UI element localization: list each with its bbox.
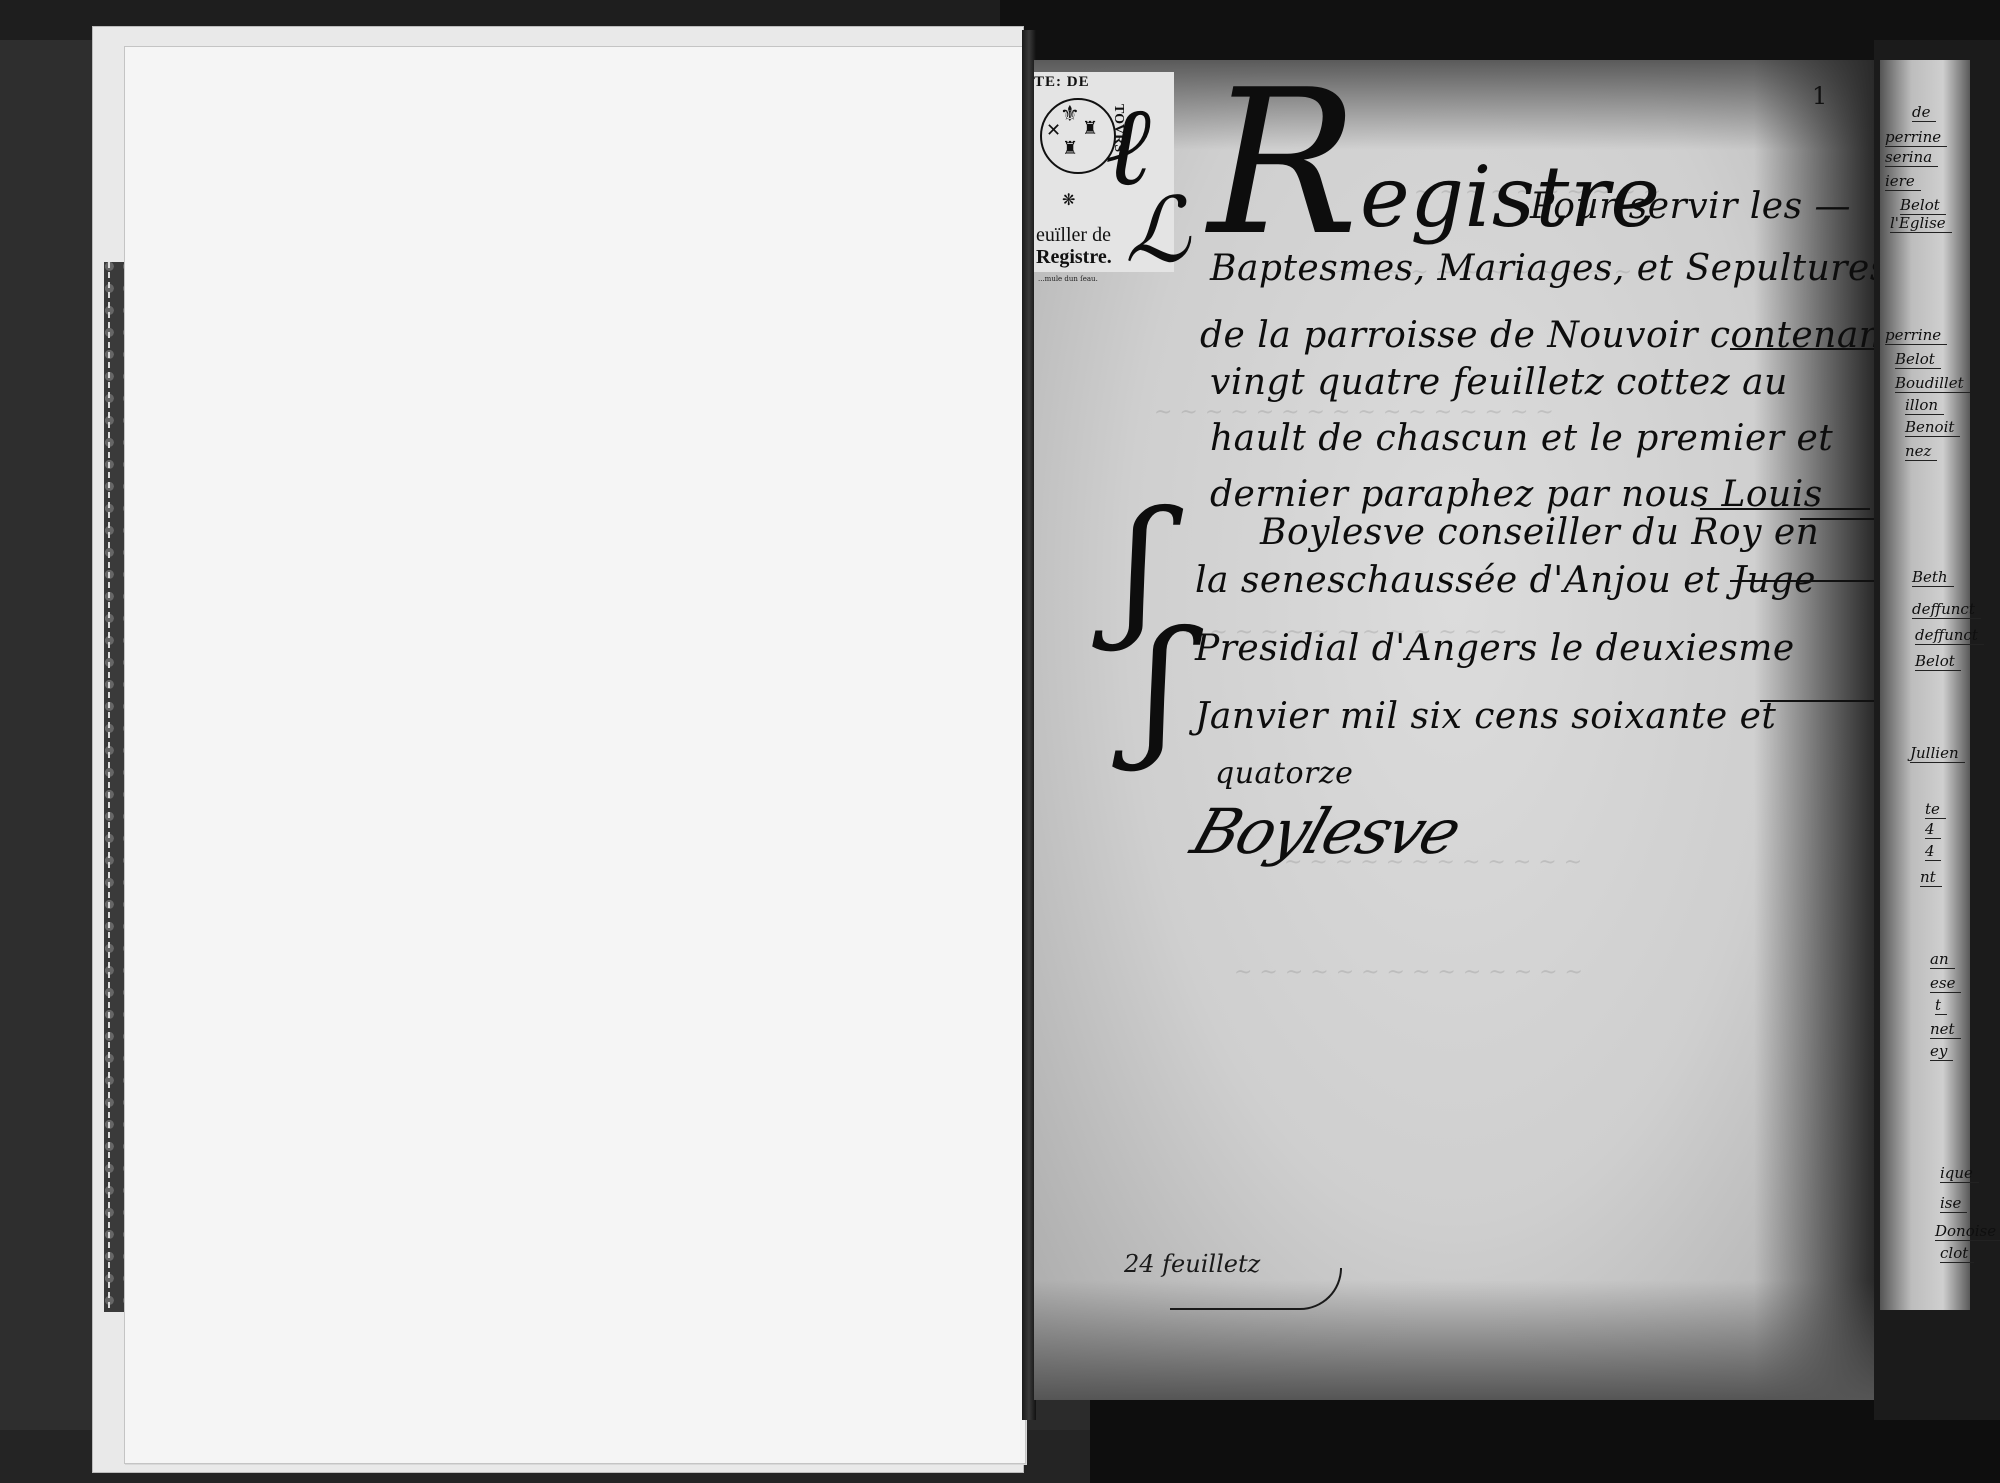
margin-note: Boudillet [1895,374,1970,393]
margin-note: l'Eglise [1890,214,1952,233]
margin-note: serina [1885,148,1938,167]
stamp-label: euïller de [1036,224,1111,247]
page-bottom-shadow [1034,1280,1874,1400]
next-page-margin [1880,60,1970,1310]
register-text-line: la seneschaussée d'Anjou et Juge [1195,560,1816,601]
line-filler-rule [1800,518,1880,520]
margin-note: de [1912,103,1936,122]
margin-note: Beth [1912,568,1954,587]
margin-note: nt [1920,868,1942,887]
binding-stitch [108,262,110,1312]
margin-note: an [1930,950,1955,969]
register-text-line: Janvier mil six cens soixante et [1195,696,1776,737]
tower-icon: ♜ [1082,118,1098,139]
foliation-paraph [1170,1268,1342,1310]
title-initial: R [1208,64,1359,264]
folio-number: 1 [1812,82,1827,110]
margin-note: ey [1930,1042,1953,1061]
margin-note: perrine [1885,326,1947,345]
line-filler-rule [1700,508,1870,510]
register-text-line: Boylesve conseiller du Roy en [1260,512,1819,553]
scan-background-bottom-right [1090,1395,2000,1483]
margin-note: Donoise [1935,1222,2000,1241]
margin-note: ise [1940,1194,1967,1213]
register-text-line: Pour servir les — [1530,186,1851,227]
margin-note: ique [1940,1164,1979,1183]
margin-note: deffunct [1912,600,1981,619]
ornament-icon: ❋ [1062,190,1075,209]
line-filler-rule [1760,700,1880,702]
register-text-line: hault de chascun et le premier et [1210,418,1833,459]
line-filler-rule [1730,348,1880,350]
fleur-de-lis-icon: ⚜ [1060,102,1080,127]
register-text-line: Baptesmes, Mariages, et Sepultures [1210,248,1889,289]
margin-note: clot [1940,1244,1974,1263]
margin-note: te [1925,800,1946,819]
scan-background-left [0,0,92,1483]
margin-note: deffunct [1915,626,1984,645]
line-filler-rule [1730,580,1880,582]
margin-note: illon [1905,396,1944,415]
register-text-line: vingt quatre feuilletz cottez au [1210,362,1788,403]
margin-note: nez [1905,442,1937,461]
official-signature: Boylesve [1183,795,1469,868]
margin-note: iere [1885,172,1921,191]
margin-note: perrine [1885,128,1947,147]
initial-swash: ʃ [1140,600,1181,774]
tower-icon: ♜ [1062,138,1078,159]
bleed-through-text: ~ ~ ~ ~ ~ ~ ~ ~ ~ ~ ~ ~ ~ ~ [1234,960,1583,985]
margin-note: net [1930,1020,1961,1039]
register-text-line: Presidial d'Angers le deuxiesme [1195,628,1795,669]
margin-note: 4 [1925,842,1941,861]
margin-note: t [1935,996,1947,1015]
register-text-line: quatorze [1215,756,1353,791]
stamp-ring-text: TE: DE [1034,74,1090,91]
margin-note: Belot [1915,652,1961,671]
margin-note: Belot [1900,196,1946,215]
margin-note: Jullien [1910,744,1965,763]
crossed-keys-icon: ✕ [1046,120,1061,141]
margin-note: Benoit [1905,418,1960,437]
stamp-label: Registre. [1036,246,1112,269]
ornamental-flourish: ℒ [1125,178,1190,283]
margin-note: Belot [1895,350,1941,369]
margin-note: ese [1930,974,1961,993]
margin-note: 4 [1925,820,1941,839]
blank-guard-page [124,46,1026,1464]
stamp-fine-print: ...mule dun ſeau. [1038,275,1098,283]
